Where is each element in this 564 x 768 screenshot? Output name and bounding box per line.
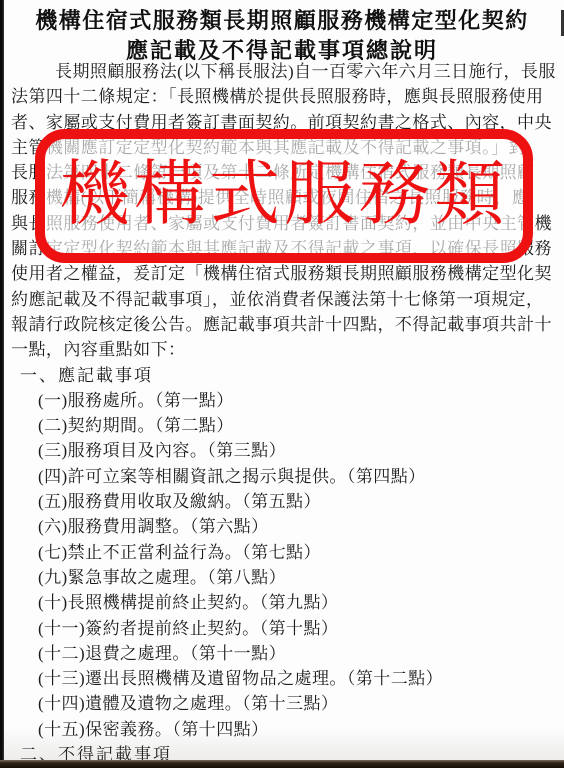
list-item: (一)服務處所。（第一點） [11,388,559,413]
video-progress-bar[interactable] [0,760,564,768]
paragraph-line: 使用者之權益，爰訂定「機構住宿式服務類長期照顧服務機構定型化契 [11,261,559,286]
list-item: (七)禁止不正當利益行為。（第七點） [11,540,559,565]
list-item: (五)服務費用收取及繳納。（第五點） [11,489,559,514]
list-item: (三)服務項目及內容。（第三點） [11,438,559,463]
list-item: (十一)簽約者提前終止契約。（第十點） [11,616,559,641]
list-item: (十二)退費之處理。（第十一點） [11,641,559,666]
list-item: (四)許可立案等相關資訊之揭示與提供。（第四點） [11,464,559,489]
red-annotation-box: 機構式服務類 [35,129,533,263]
paragraph-line: 一點，內容重點如下： [11,337,559,362]
list-item: (十五)保密義務。（第十四點） [11,717,559,742]
list-item: (十三)遷出長照機構及遺留物品之處理。（第十二點） [11,666,559,691]
paragraph-line: 報請行政院核定後公告。應記載事項共計十四點，不得記載事項共計十 [11,312,559,337]
paragraph-line: 長期照顧服務法(以下稱長服法)自一百零六年六月三日施行，長服 [11,59,559,84]
document-page: 機構住宿式服務類長期照顧服務機構定型化契約 應記載及不得記載事項總說明 長期照顧… [0,0,564,768]
list-item: (六)服務費用調整。（第六點） [11,514,559,539]
red-annotation-label: 機構式服務類 [59,160,509,231]
list-item: (九)緊急事故之處理。（第八點） [11,565,559,590]
document-title: 機構住宿式服務類長期照顧服務機構定型化契約 應記載及不得記載事項總說明 [0,0,564,66]
left-dark-edge [0,0,4,768]
section1-heading: 一、應記載事項 [11,363,559,388]
paragraph-line: 法第四十二條規定：「長照機構於提供長照服務時，應與長照服務使用 [11,84,559,109]
document-body: 機構住宿式服務類長期照顧服務機構定型化契約 應記載及不得記載事項總說明 長期照顧… [0,0,564,768]
list-item: (十)長照機構提前終止契約。（第九點） [11,590,559,615]
paragraph-line: 約應記載及不得記載事項」，並依消費者保護法第十七條第一項規定， [11,287,559,312]
list-item: (二)契約期間。（第二點） [11,413,559,438]
list-item: (十四)遺體及遺物之處理。（第十三點） [11,691,559,716]
title-line-1: 機構住宿式服務類長期照顧服務機構定型化契約 [0,6,564,36]
